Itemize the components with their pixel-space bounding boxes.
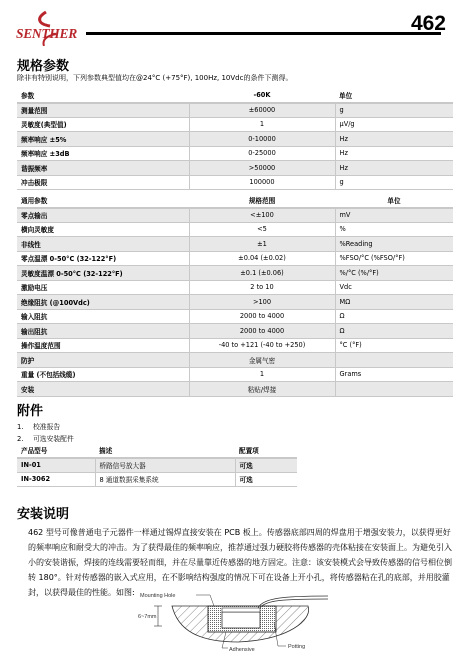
table-header-row: 参数 -60K 单位 [17,88,453,103]
param-cell: 测量范围 [17,103,189,118]
model-number: 462 [411,12,446,36]
table-row: 测量范围±60000g [17,103,453,118]
table-row: 非线性±1%Reading [17,237,453,252]
param-cell: 输出阻抗 [17,324,189,339]
value-cell: ±60000 [189,103,335,118]
value-cell: 2000 to 4000 [189,309,335,324]
unit-cell: Grams [335,367,453,382]
table-row: 频率响应 ±5%0-10000Hz [17,132,453,147]
table-row: 灵敏度温漂 0-50°C (32-122°F)±0.1 (±0.06)%/°C … [17,266,453,281]
unit-cell [335,353,453,368]
unit-cell: °C (°F) [335,338,453,353]
param-cell: 谐振频率 [17,161,189,176]
specs-heading: 规格参数 [17,55,69,74]
config-cell: 可选 [235,458,297,473]
model-cell: IN-3062 [17,472,95,487]
specs-note: 除非有特别说明，下列参数典型值均在@24°C (+75°F), 100Hz, 1… [17,73,292,83]
label-adhesive: Adhensive [229,647,255,653]
table-row: IN-30628 通道数据采集系统可选 [17,472,297,487]
param-cell: 零点输出 [17,208,189,223]
param-cell: 横向灵敏度 [17,222,189,237]
table-row: 防护金属气密 [17,353,453,368]
value-cell: ±0.1 (±0.06) [189,266,335,281]
senther-logo: SENTHER [16,10,88,46]
unit-cell: Vdc [335,280,453,295]
table-row: 横向灵敏度<5% [17,222,453,237]
model-cell: IN-01 [17,458,95,473]
label-potting: Potting [288,644,305,650]
col-header: 参数 [17,88,189,103]
list-number: 2. [17,435,33,443]
mounting-diagram: Mounting Hole 6~7mm Adhensive Potting [138,590,328,654]
page-header: SENTHER 462 [0,0,468,46]
table-row: 绝缘阻抗 (@100Vdc)>100MΩ [17,295,453,310]
list-number: 1. [17,423,33,431]
value-cell: 1 [189,367,335,382]
table-row: 零点输出<±100mV [17,208,453,223]
unit-cell [335,382,453,397]
table-row: 频率响应 ±3dB0-25000Hz [17,146,453,161]
param-cell: 频率响应 ±3dB [17,146,189,161]
value-cell: 2000 to 4000 [189,324,335,339]
installation-heading: 安装说明 [17,503,69,522]
unit-cell: %FSO/°C (%FSO/°F) [335,251,453,266]
table-header-row: 产品型号 描述 配置项 [17,443,297,458]
param-cell: 灵敏度温漂 0-50°C (32-122°F) [17,266,189,281]
table-row: 零点温漂 0-50°C (32-122°F)±0.04 (±0.02)%FSO/… [17,251,453,266]
unit-cell: Ω [335,324,453,339]
unit-cell: %/°C (%/°F) [335,266,453,281]
param-cell: 操作温度范围 [17,338,189,353]
accessories-heading: 附件 [17,400,43,419]
table-row: 冲击极限100000g [17,175,453,190]
unit-cell: Hz [335,146,453,161]
unit-cell: %Reading [335,237,453,252]
param-cell: 非线性 [17,237,189,252]
value-cell: 0-25000 [189,146,335,161]
specs-table: 参数 -60K 单位 测量范围±60000g 灵敏度(典型值)1µV/g 频率响… [17,88,453,190]
unit-cell: Hz [335,132,453,147]
col-header: 单位 [335,88,453,103]
label-depth: 6~7mm [138,614,157,620]
param-cell: 频率响应 ±5% [17,132,189,147]
table-row: 谐振频率>50000Hz [17,161,453,176]
label-mounting-hole: Mounting Hole [140,593,175,599]
table-row: 输入阻抗2000 to 4000Ω [17,309,453,324]
unit-cell: µV/g [335,117,453,132]
general-specs-table: 通用参数 规格范围 单位 零点输出<±100mV 横向灵敏度<5% 非线性±1%… [17,193,453,397]
value-cell: >100 [189,295,335,310]
table-row: 激励电压2 to 10Vdc [17,280,453,295]
unit-cell: g [335,175,453,190]
value-cell: <±100 [189,208,335,223]
table-row: 安装粘贴/焊接 [17,382,453,397]
col-header: 配置项 [235,443,297,458]
value-cell: >50000 [189,161,335,176]
param-cell: 绝缘阻抗 (@100Vdc) [17,295,189,310]
value-cell: 100000 [189,175,335,190]
value-cell: 粘贴/焊接 [189,382,335,397]
value-cell: ±1 [189,237,335,252]
value-cell: 0-10000 [189,132,335,147]
col-header: 描述 [95,443,235,458]
config-cell: 可选 [235,472,297,487]
value-cell: 2 to 10 [189,280,335,295]
header-rule [86,32,441,35]
value-cell: 1 [189,117,335,132]
list-item: 2.可选安装配件 [17,433,74,443]
table-row: 灵敏度(典型值)1µV/g [17,117,453,132]
col-header: 通用参数 [17,193,189,208]
value-cell: 金属气密 [189,353,335,368]
desc-cell: 8 通道数据采集系统 [95,472,235,487]
table-row: 重量 (不包括线缆)1Grams [17,367,453,382]
unit-cell: Hz [335,161,453,176]
value-cell: -40 to +121 (-40 to +250) [189,338,335,353]
col-header: 规格范围 [189,193,335,208]
brand-name: SENTHER [16,26,77,42]
param-cell: 冲击极限 [17,175,189,190]
table-row: 输出阻抗2000 to 4000Ω [17,324,453,339]
col-header: 单位 [335,193,453,208]
unit-cell: mV [335,208,453,223]
unit-cell: Ω [335,309,453,324]
value-cell: <5 [189,222,335,237]
table-row: IN-01桥路信号放大器可选 [17,458,297,473]
list-label: 可选安装配件 [33,435,74,443]
param-cell: 零点温漂 0-50°C (32-122°F) [17,251,189,266]
param-cell: 输入阻抗 [17,309,189,324]
unit-cell: MΩ [335,295,453,310]
value-cell: ±0.04 (±0.02) [189,251,335,266]
param-cell: 安装 [17,382,189,397]
col-header: -60K [189,88,335,103]
unit-cell: g [335,103,453,118]
param-cell: 防护 [17,353,189,368]
mounting-diagram-icon: Mounting Hole 6~7mm Adhensive Potting [138,590,328,654]
accessories-table: 产品型号 描述 配置项 IN-01桥路信号放大器可选 IN-30628 通道数据… [17,443,297,487]
list-label: 校准报告 [33,423,60,431]
param-cell: 激励电压 [17,280,189,295]
param-cell: 灵敏度(典型值) [17,117,189,132]
installation-paragraph: 462 型号可像普通电子元器件一样通过锡焊直接安装在 PCB 板上。传感器底部四… [28,525,456,600]
table-header-row: 通用参数 规格范围 单位 [17,193,453,208]
desc-cell: 桥路信号放大器 [95,458,235,473]
table-row: 操作温度范围-40 to +121 (-40 to +250)°C (°F) [17,338,453,353]
col-header: 产品型号 [17,443,95,458]
param-cell: 重量 (不包括线缆) [17,367,189,382]
list-item: 1.校准报告 [17,421,60,431]
unit-cell: % [335,222,453,237]
